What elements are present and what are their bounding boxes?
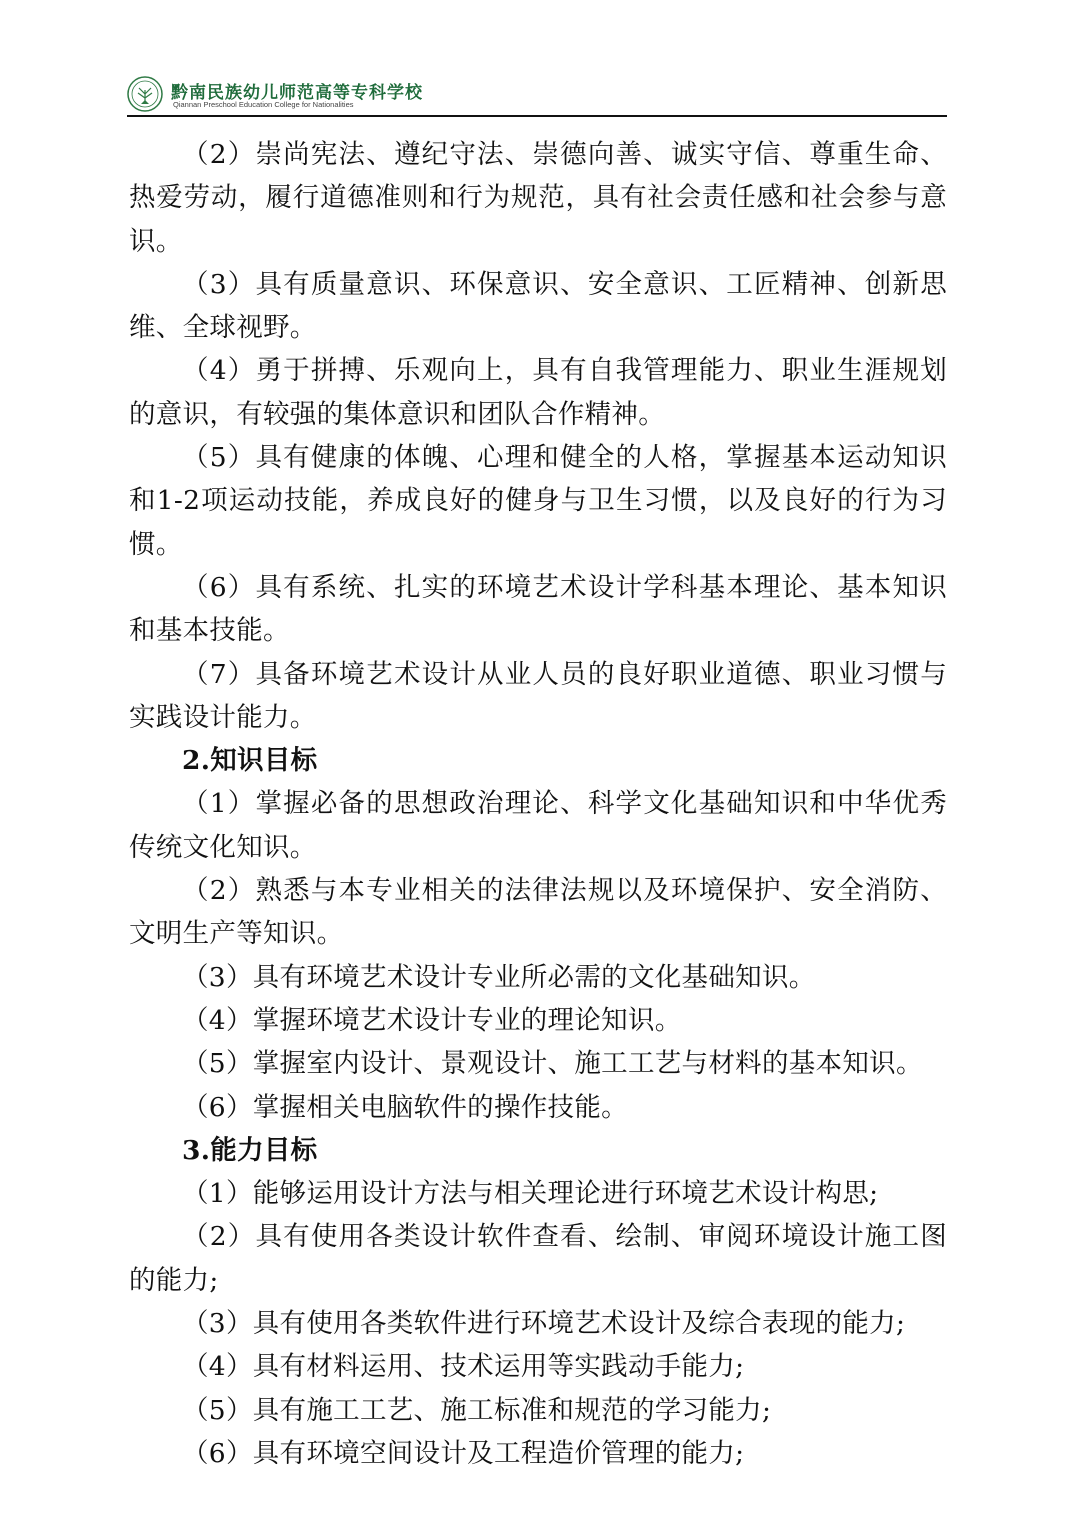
ability-item-1: （1）能够运用设计方法与相关理论进行环境艺术设计构思;: [129, 1172, 947, 1215]
quality-item-4: （4）勇于拼搏、乐观向上，具有自我管理能力、职业生涯规划的意识，有较强的集体意识…: [129, 349, 947, 436]
school-emblem-icon: [127, 76, 163, 112]
knowledge-item-4: （4）掌握环境艺术设计专业的理论知识。: [129, 999, 947, 1042]
quality-item-5: （5）具有健康的体魄、心理和健全的人格，掌握基本运动知识和1-2项运动技能，养成…: [129, 436, 947, 566]
ability-item-4: （4）具有材料运用、技术运用等实践动手能力;: [129, 1345, 947, 1388]
quality-item-3: （3）具有质量意识、环保意识、安全意识、工匠精神、创新思维、全球视野。: [129, 263, 947, 350]
document-body: （2）崇尚宪法、遵纪守法、崇德向善、诚实守信、尊重生命、热爱劳动，履行道德准则和…: [129, 133, 947, 1475]
ability-item-5: （5）具有施工工艺、施工标准和规范的学习能力;: [129, 1389, 947, 1432]
knowledge-item-3: （3）具有环境艺术设计专业所必需的文化基础知识。: [129, 956, 947, 999]
quality-item-2: （2）崇尚宪法、遵纪守法、崇德向善、诚实守信、尊重生命、热爱劳动，履行道德准则和…: [129, 133, 947, 263]
knowledge-item-2: （2）熟悉与本专业相关的法律法规以及环境保护、安全消防、文明生产等知识。: [129, 869, 947, 956]
section-heading-ability: 3.能力目标: [129, 1129, 947, 1172]
ability-item-2: （2）具有使用各类设计软件查看、绘制、审阅环境设计施工图的能力;: [129, 1215, 947, 1302]
knowledge-item-5: （5）掌握室内设计、景观设计、施工工艺与材料的基本知识。: [129, 1042, 947, 1085]
header-divider: [127, 115, 947, 117]
school-name-en: Qiannan Preschool Education College for …: [173, 100, 354, 109]
page-header: 黔南民族幼儿师范高等专科学校 Qiannan Preschool Educati…: [127, 74, 947, 116]
knowledge-item-1: （1）掌握必备的思想政治理论、科学文化基础知识和中华优秀传统文化知识。: [129, 782, 947, 869]
ability-item-6: （6）具有环境空间设计及工程造价管理的能力;: [129, 1432, 947, 1475]
quality-item-7: （7）具备环境艺术设计从业人员的良好职业道德、职业习惯与实践设计能力。: [129, 653, 947, 740]
ability-item-3: （3）具有使用各类软件进行环境艺术设计及综合表现的能力;: [129, 1302, 947, 1345]
section-heading-knowledge: 2.知识目标: [129, 739, 947, 782]
knowledge-item-6: （6）掌握相关电脑软件的操作技能。: [129, 1086, 947, 1129]
quality-item-6: （6）具有系统、扎实的环境艺术设计学科基本理论、基本知识和基本技能。: [129, 566, 947, 653]
